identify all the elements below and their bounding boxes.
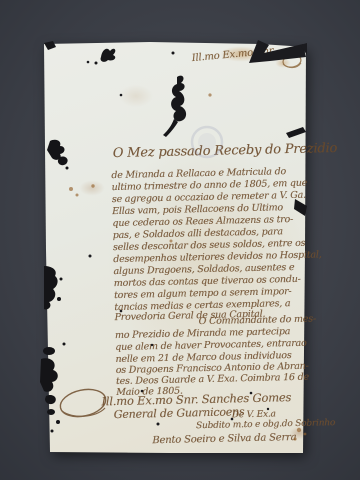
ink-blot-top [44,41,175,65]
signature-flourish [58,386,108,421]
charred-left-edge [40,140,69,433]
ink-marks-right-edge [286,127,307,216]
torn-corner-blot [249,40,307,63]
ink-blot-center [163,76,186,137]
marks-overlay [0,0,360,480]
photo-backdrop: Ill.mo Ex.mo Snr. O Mez passado Receby d… [0,0,360,480]
foxing-freckles [69,93,306,440]
postal-stamp-icon [192,127,222,157]
